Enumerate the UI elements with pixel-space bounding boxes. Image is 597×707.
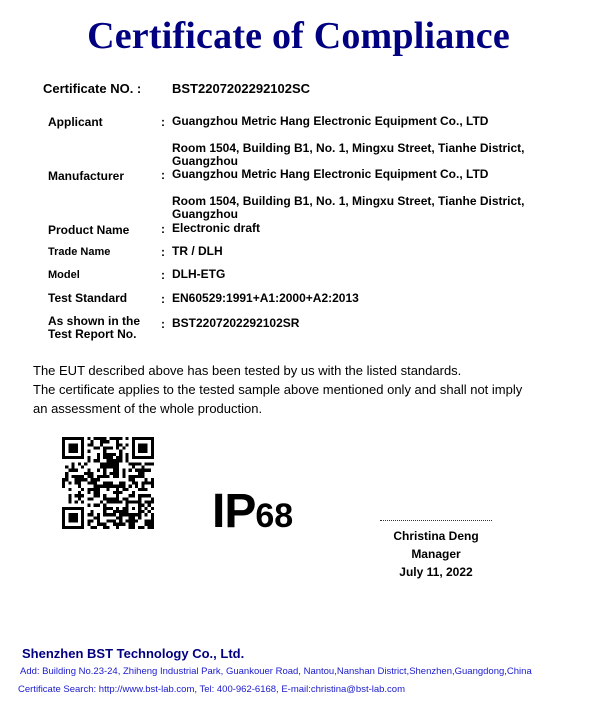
- colon: :: [161, 317, 165, 331]
- statement-line: The EUT described above has been tested …: [33, 361, 573, 380]
- website-link[interactable]: http://www.bst-lab.com: [99, 684, 195, 695]
- issuer-address: Add: Building No.23-24, Zhiheng Industri…: [20, 666, 532, 677]
- ip-rating-prefix: IP: [212, 485, 255, 538]
- product-name: Electronic draft: [172, 222, 552, 235]
- manufacturer-label: Manufacturer: [48, 170, 124, 183]
- statement-line: an assessment of the whole production.: [33, 399, 573, 418]
- model: DLH-ETG: [172, 268, 552, 281]
- colon: :: [161, 168, 165, 182]
- signatory-title: Manager: [365, 547, 507, 561]
- test-report-number: BST2207202292102SR: [172, 317, 552, 330]
- applicant-name: Guangzhou Metric Hang Electronic Equipme…: [172, 115, 552, 128]
- search-label: Certificate Search:: [18, 684, 99, 695]
- colon: :: [161, 268, 165, 282]
- signatory-name: Christina Deng: [365, 529, 507, 543]
- colon: :: [161, 222, 165, 236]
- product-name-label: Product Name: [48, 224, 129, 237]
- trade-name: TR / DLH: [172, 245, 552, 258]
- issuer-company: Shenzhen BST Technology Co., Ltd.: [22, 646, 244, 661]
- certificate-number: BST2207202292102SC: [172, 81, 310, 96]
- compliance-statement: The EUT described above has been tested …: [33, 361, 573, 418]
- test-standard: EN60529:1991+A1:2000+A2:2013: [172, 292, 552, 305]
- statement-line: The certificate applies to the tested sa…: [33, 380, 573, 399]
- signature-date: July 11, 2022: [365, 565, 507, 579]
- certificate-title: Certificate of Compliance: [0, 14, 597, 58]
- manufacturer-address-line2: Guangzhou: [172, 208, 552, 221]
- colon: :: [161, 115, 165, 129]
- certificate-number-label: Certificate NO. :: [43, 81, 141, 96]
- ip-rating-code: 68: [255, 497, 293, 535]
- test-standard-label: Test Standard: [48, 292, 127, 305]
- certificate-search-info: Certificate Search: http://www.bst-lab.c…: [18, 684, 405, 695]
- applicant-label: Applicant: [48, 116, 103, 129]
- manufacturer-name: Guangzhou Metric Hang Electronic Equipme…: [172, 168, 552, 181]
- signature-line: [380, 520, 492, 521]
- colon: :: [161, 245, 165, 259]
- trade-name-label: Trade Name: [48, 246, 110, 259]
- qr-code-icon[interactable]: [62, 437, 154, 529]
- test-report-label-line2: Test Report No.: [48, 328, 136, 341]
- colon: :: [161, 292, 165, 306]
- ip-rating: IP68: [212, 488, 293, 536]
- model-label: Model: [48, 269, 80, 282]
- contact-info: , Tel: 400-962-6168, E-mail:christina@bs…: [194, 684, 405, 695]
